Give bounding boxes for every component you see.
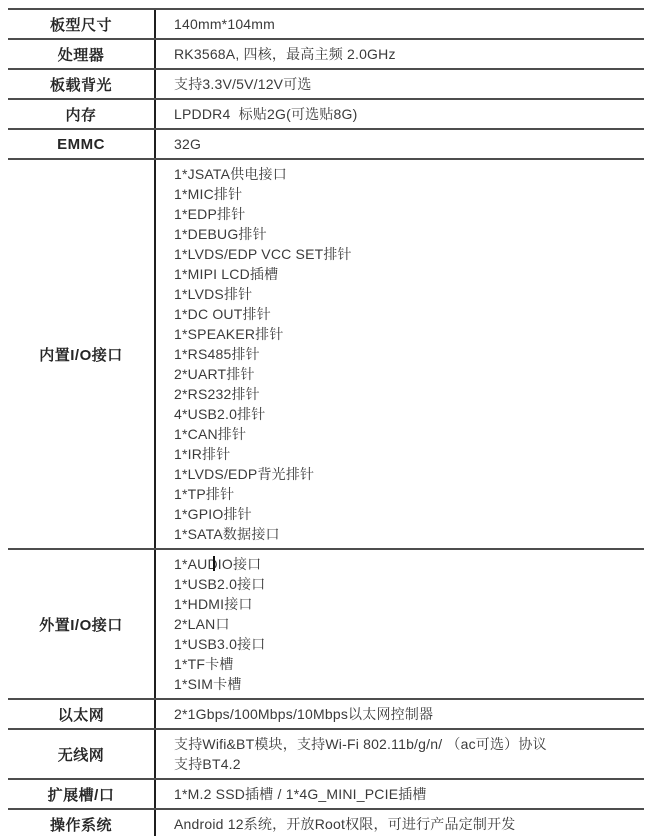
spec-value-line: 1*MIPI LCD插槽 [174,264,638,284]
spec-label: 扩展槽/口 [8,780,156,808]
spec-value-line: 1*RS485排针 [174,344,638,364]
spec-value-line: LPDDR4 标贴2G(可选贴8G) [174,104,638,124]
spec-value-line: 1*USB2.0接口 [174,574,638,594]
spec-value-line: 4*USB2.0排针 [174,404,638,424]
spec-label: 外置I/O接口 [8,550,156,698]
spec-value-line: 1*SPEAKER排针 [174,324,638,344]
spec-label: 内存 [8,100,156,128]
spec-label: 处理器 [8,40,156,68]
spec-value: 支持Wifi&BT模块，支持Wi-Fi 802.11b/g/n/ （ac可选）协… [156,730,644,778]
spec-value-line: 1*MIC排针 [174,184,638,204]
spec-value-line: 32G [174,134,638,154]
spec-value: 支持3.3V/5V/12V可选 [156,70,644,98]
spec-value-line: 1*M.2 SSD插槽 / 1*4G_MINI_PCIE插槽 [174,784,638,804]
spec-value-line: 1*LVDS/EDP背光排针 [174,464,638,484]
spec-value: 1*M.2 SSD插槽 / 1*4G_MINI_PCIE插槽 [156,780,644,808]
spec-row: 扩展槽/口1*M.2 SSD插槽 / 1*4G_MINI_PCIE插槽 [8,778,644,808]
spec-row: 外置I/O接口1*AUDIO接口1*USB2.0接口1*HDMI接口2*LAN口… [8,548,644,698]
spec-label: 板型尺寸 [8,10,156,38]
spec-value: 32G [156,130,644,158]
spec-value-line: 支持3.3V/5V/12V可选 [174,74,638,94]
spec-value: 1*JSATA供电接口1*MIC排针1*EDP排针1*DEBUG排针1*LVDS… [156,160,644,548]
spec-value-line: 1*TP排针 [174,484,638,504]
spec-row: 内置I/O接口1*JSATA供电接口1*MIC排针1*EDP排针1*DEBUG排… [8,158,644,548]
spec-value-line: 1*HDMI接口 [174,594,638,614]
spec-value-line: 1*IR排针 [174,444,638,464]
spec-value-line: 2*UART排针 [174,364,638,384]
spec-value-line: 2*RS232排针 [174,384,638,404]
spec-table: 板型尺寸140mm*104mm处理器RK3568A, 四核，最高主频 2.0GH… [8,8,644,836]
spec-value: LPDDR4 标贴2G(可选贴8G) [156,100,644,128]
spec-value-line: 1*EDP排针 [174,204,638,224]
spec-value-line: 支持Wifi&BT模块，支持Wi-Fi 802.11b/g/n/ （ac可选）协… [174,734,638,754]
spec-row: 内存LPDDR4 标贴2G(可选贴8G) [8,98,644,128]
spec-value: Android 12系统，开放Root权限，可进行产品定制开发 [156,810,644,836]
spec-value: RK3568A, 四核，最高主频 2.0GHz [156,40,644,68]
spec-value: 1*AUDIO接口1*USB2.0接口1*HDMI接口2*LAN口1*USB3.… [156,550,644,698]
spec-value-line: 1*SATA数据接口 [174,524,638,544]
spec-value-line: 2*LAN口 [174,614,638,634]
spec-label: 内置I/O接口 [8,160,156,548]
spec-value-line: Android 12系统，开放Root权限，可进行产品定制开发 [174,814,638,834]
spec-row: EMMC32G [8,128,644,158]
spec-value-line: 1*CAN排针 [174,424,638,444]
spec-row: 处理器RK3568A, 四核，最高主频 2.0GHz [8,38,644,68]
spec-value-line: 1*DEBUG排针 [174,224,638,244]
spec-value-line: 1*JSATA供电接口 [174,164,638,184]
spec-value-line: 1*USB3.0接口 [174,634,638,654]
spec-value-line: 1*LVDS排针 [174,284,638,304]
spec-row: 无线网支持Wifi&BT模块，支持Wi-Fi 802.11b/g/n/ （ac可… [8,728,644,778]
spec-value-line: 140mm*104mm [174,14,638,34]
text-cursor [213,556,215,571]
spec-value-line: 1*SIM卡槽 [174,674,638,694]
spec-value-line: 1*LVDS/EDP VCC SET排针 [174,244,638,264]
spec-row: 板型尺寸140mm*104mm [8,10,644,38]
spec-value: 2*1Gbps/100Mbps/10Mbps以太网控制器 [156,700,644,728]
spec-value-line: 支持BT4.2 [174,754,638,774]
spec-value-line: 1*AUDIO接口 [174,554,638,574]
spec-value: 140mm*104mm [156,10,644,38]
spec-value-line: 1*GPIO排针 [174,504,638,524]
spec-value-line: 1*DC OUT排针 [174,304,638,324]
spec-value-line: 2*1Gbps/100Mbps/10Mbps以太网控制器 [174,704,638,724]
spec-label: 板载背光 [8,70,156,98]
spec-row: 操作系统Android 12系统，开放Root权限，可进行产品定制开发 [8,808,644,836]
spec-label: EMMC [8,130,156,158]
spec-value-line: RK3568A, 四核，最高主频 2.0GHz [174,44,638,64]
spec-label: 以太网 [8,700,156,728]
spec-row: 以太网2*1Gbps/100Mbps/10Mbps以太网控制器 [8,698,644,728]
spec-label: 无线网 [8,730,156,778]
spec-label: 操作系统 [8,810,156,836]
spec-row: 板载背光支持3.3V/5V/12V可选 [8,68,644,98]
spec-value-line: 1*TF卡槽 [174,654,638,674]
